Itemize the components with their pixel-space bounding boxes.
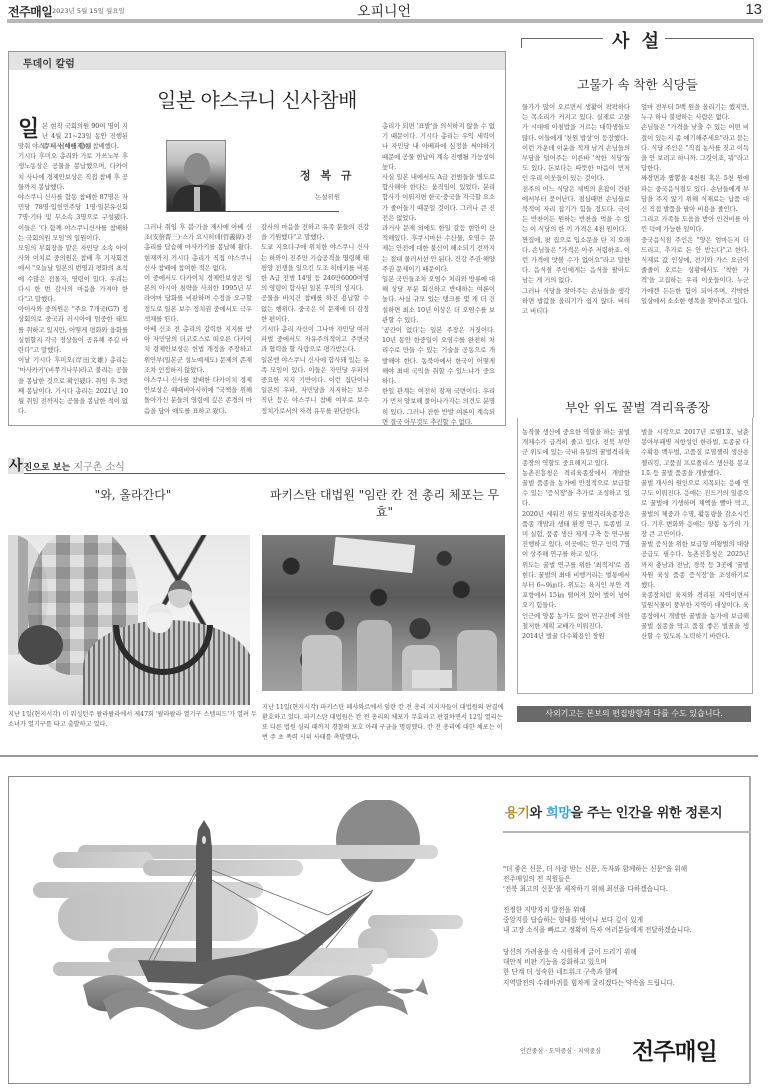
editorial-1-col1: 물가가 많이 오르면서 생활이 팍팍하다는 목소리가 커지고 있다. 실제로 고… (522, 102, 630, 316)
editorial-1-col2: 얼마 전부터 5백 원을 올리기는 했지만, 누구 하나 불평하는 사람은 없다… (641, 102, 749, 306)
column-text-col2: 그러나 취임 후 봄·가을 제사에 아베 신조(安倍晋三)·스가 요시히데(菅義… (144, 222, 252, 416)
dropcap: 일 (18, 118, 38, 140)
ad-headline-hope: 희망 (546, 806, 571, 821)
ad-rule (503, 831, 751, 833)
editorial-title-2: 부안 위도 꿀벌 격리육종장 (521, 398, 754, 416)
disclaimer-notice: 사외기고는 본보의 편집방향과 다를 수도 있습니다. (517, 706, 751, 722)
column-text-col4: 총리가 되면 '표밭'을 의식하지 않을 수 없기 때문이다. 기시다 총리는 … (382, 121, 495, 427)
paper-name: 전주매일 (8, 3, 52, 20)
author-name: 정 복 규 (300, 167, 355, 183)
ad-paragraph-2: 진정한 지방자치 발전을 위해 중앙지를 답습하는 형태를 벗어나 보다 깊이 … (503, 905, 753, 936)
balloon-photo (8, 535, 250, 705)
ad-paragraph-1: "더 좋은 신문, 더 사랑 받는 신문, 독자와 함께하는 신문"을 위해 전… (503, 864, 753, 895)
today-column-label: 투데이 칼럼 (9, 52, 505, 70)
crowd-photo (262, 535, 505, 691)
dropcap-letter: 일 (18, 116, 39, 142)
editorial-title-1: 고물가 속 착한 식당들 (521, 75, 754, 93)
ad-logo: 전주매일 (632, 1033, 717, 1066)
ad-headline-and: 와 (530, 806, 546, 821)
issue-date: 2023년 5월 15일 월요일 (52, 6, 125, 15)
editorial-rule-left (521, 38, 603, 39)
ad-headline: 용기와 희망을 주는 인간을 위한 정론지 (505, 802, 722, 821)
author-rule (166, 211, 339, 212)
photo-news-left-title: "와, 올라간다" (8, 486, 258, 503)
editorial-rule-right (665, 38, 754, 39)
ad-headline-rest: 을 주는 인간을 위한 정론지 (571, 806, 723, 821)
photo-news-right-title: 파키스탄 대법원 "임란 칸 전 총리 체포는 무효" (262, 486, 507, 520)
author-role: 논설위원 (315, 192, 340, 201)
editorial-rule-vright (753, 38, 754, 418)
photo-news-label: 사진으로 보는 지구촌 소식 (8, 451, 505, 474)
editorial-rule-vleft (521, 38, 522, 48)
photo-news-label-rest: 지구촌 소식 (70, 462, 125, 473)
section-divider (0, 755, 758, 757)
ad-paragraph-3: 당신의 가려움을 속 시원하게 긁어 드리기 위해 대안적 비판 기능을 강화하… (503, 947, 753, 988)
today-column-title: 일본 야스쿠니 신사참배 (9, 84, 505, 113)
masthead-rule (7, 19, 763, 23)
column-text-col3: 감사의 마음을 전하고 유족 분들의 건강을 기원했다"고 말했다. 도쿄 지요… (261, 222, 369, 416)
photo-news-label-small: 진으로 보는 (24, 463, 71, 473)
editorial-heading: 사 설 (612, 27, 662, 53)
author-photo (166, 140, 226, 212)
photo-news-right-caption: 지난 11일(현지시각) 파키스탄 페샤와르에서 임란 칸 전 총리 지지자들이… (262, 703, 507, 743)
ship-illustration (28, 800, 468, 1050)
photo-news-label-initial: 사 (8, 458, 24, 474)
page-number: 13 (745, 1, 762, 18)
photo-news-left-caption: 지난 1일(현지시각) 미 워싱턴주 왈라왈라에서 제47회 '왈라왈라 열기구… (8, 710, 258, 730)
editorial-2-box (517, 418, 753, 694)
ad-slogan: 인간중심 · 도덕중심 · 지역중심 (520, 1046, 601, 1055)
ad-headline-courage: 용기 (505, 806, 530, 821)
column-text-col1: 맞춰 야스쿠니 신사를 합동 참배했다. 기시다 후미오 총리와 가토 가쓰노부… (18, 141, 128, 416)
